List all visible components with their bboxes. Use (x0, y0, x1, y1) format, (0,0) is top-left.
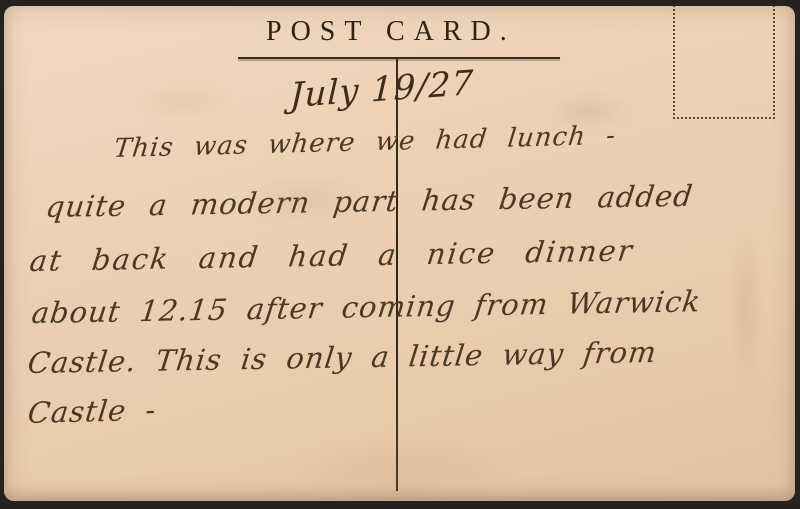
center-divider-line (396, 58, 398, 491)
handwritten-line-3: at back and had a nice dinner (28, 233, 636, 278)
handwritten-line-6: Castle - (26, 393, 158, 430)
postcard: POST CARD. July 19/27 This was where we … (4, 6, 795, 501)
handwritten-line-1: This was where we had lunch - (112, 121, 617, 164)
handwritten-line-5: Castle. This is only a little way from (26, 335, 659, 380)
stamp-box (673, 6, 775, 119)
handwritten-date: July 19/27 (289, 63, 474, 116)
title-underline (238, 57, 560, 59)
postcard-title: POST CARD. (266, 16, 516, 48)
handwritten-line-2: quite a modern part has been added (44, 179, 695, 224)
scan-background: POST CARD. July 19/27 This was where we … (0, 0, 800, 509)
handwritten-line-4: about 12.15 after coming from Warwick (30, 284, 703, 330)
